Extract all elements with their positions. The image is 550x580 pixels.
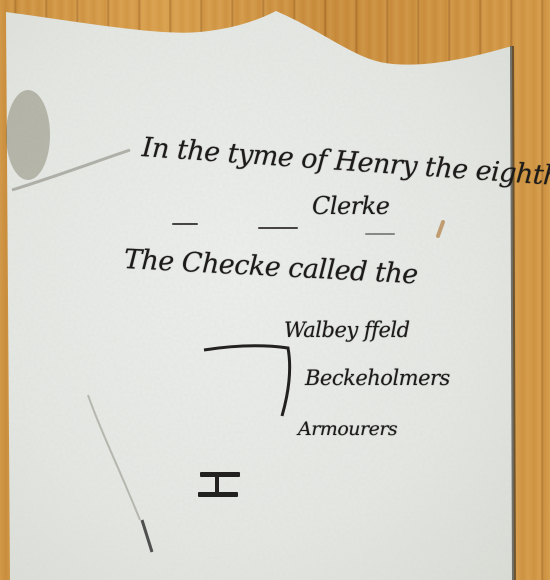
separator-dash <box>172 223 198 225</box>
manuscript-line-2: Clerke <box>312 192 389 220</box>
bracket-stroke <box>200 340 300 420</box>
manuscript-line-5: Beckeholmers <box>305 366 450 390</box>
separator-dash <box>258 227 298 229</box>
separator-dash <box>365 233 395 235</box>
manuscript-line-4: Walbey ffeld <box>284 318 410 342</box>
manuscript-line-6: Armourers <box>298 418 397 440</box>
parchment-fragment <box>0 0 550 580</box>
roman-numeral-mark: I <box>198 470 240 500</box>
